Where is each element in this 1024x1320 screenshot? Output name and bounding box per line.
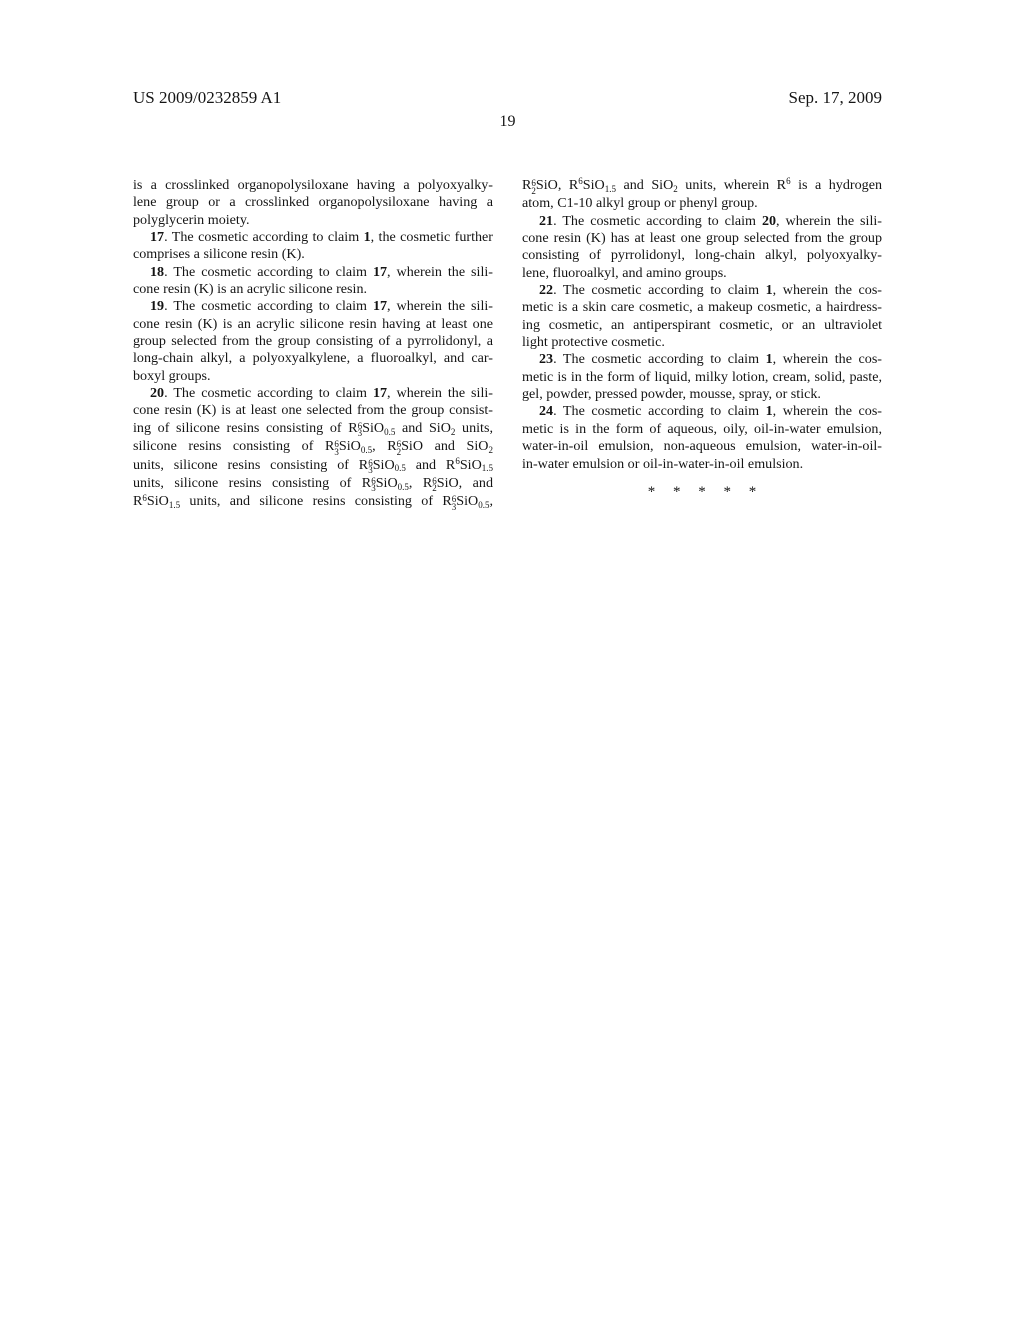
text-line: metic is in the form of aqueous, oily, o… — [522, 421, 882, 438]
text-line: 21. The cosmetic according to claim 20, … — [522, 213, 882, 230]
text-line: lene, fluoroalkyl, and amino groups. — [522, 265, 882, 282]
text-line: boxyl groups. — [133, 368, 493, 385]
text-line: cone resin (K) is at least one selected … — [133, 402, 493, 419]
text-line: metic is a skin care cosmetic, a makeup … — [522, 299, 882, 316]
text-line: 19. The cosmetic according to claim 17, … — [133, 298, 493, 315]
text-line: cone resin (K) is an acrylic silicone re… — [133, 281, 493, 298]
text-line: lene group or a crosslinked organopolysi… — [133, 194, 493, 211]
patent-page: US 2009/0232859 A1 Sep. 17, 2009 19 is a… — [0, 0, 1024, 1320]
text-line: atom, C1-10 alkyl group or phenyl group. — [522, 195, 882, 212]
page-number: 19 — [133, 113, 882, 131]
text-line: 18. The cosmetic according to claim 17, … — [133, 264, 493, 281]
text-line: 24. The cosmetic according to claim 1, w… — [522, 403, 882, 420]
text-line: comprises a silicone resin (K). — [133, 246, 493, 263]
text-line: 22. The cosmetic according to claim 1, w… — [522, 282, 882, 299]
text-line: cone resin (K) is an acrylic silicone re… — [133, 316, 493, 333]
claims-end-separator: * * * * * — [522, 484, 882, 501]
publication-date: Sep. 17, 2009 — [789, 88, 883, 107]
text-line: 17. The cosmetic according to claim 1, t… — [133, 229, 493, 246]
publication-number: US 2009/0232859 A1 — [133, 88, 281, 107]
text-line: long-chain alkyl, a polyoxyalkylene, a f… — [133, 350, 493, 367]
text-line: 23. The cosmetic according to claim 1, w… — [522, 351, 882, 368]
claims-body: is a crosslinked organopolysiloxane havi… — [133, 177, 882, 512]
text-line: gel, powder, pressed powder, mousse, spr… — [522, 386, 882, 403]
text-line: polyglycerin moiety. — [133, 212, 493, 229]
text-line: consisting of pyrrolidonyl, long-chain a… — [522, 247, 882, 264]
text-line: light protective cosmetic. — [522, 334, 882, 351]
column-left: is a crosslinked organopolysiloxane havi… — [133, 177, 493, 512]
text-line: metic is in the form of liquid, milky lo… — [522, 369, 882, 386]
text-line: cone resin (K) has at least one group se… — [522, 230, 882, 247]
column-right: R62SiO, R6SiO1.5 and SiO2 units, wherein… — [522, 177, 882, 512]
page-header: US 2009/0232859 A1 Sep. 17, 2009 — [133, 88, 882, 107]
text-line: R62SiO, R6SiO1.5 and SiO2 units, wherein… — [522, 177, 882, 195]
text-line: is a crosslinked organopolysiloxane havi… — [133, 177, 493, 194]
text-line: R6SiO1.5 units, and silicone resins cons… — [133, 493, 493, 511]
text-line: group selected from the group consisting… — [133, 333, 493, 350]
text-line: ing of silicone resins consisting of R63… — [133, 420, 493, 438]
text-line: units, silicone resins consisting of R63… — [133, 475, 493, 493]
text-line: units, silicone resins consisting of R63… — [133, 457, 493, 475]
text-line: silicone resins consisting of R63SiO0.5,… — [133, 438, 493, 456]
text-line: 20. The cosmetic according to claim 17, … — [133, 385, 493, 402]
text-line: water-in-oil emulsion, non-aqueous emuls… — [522, 438, 882, 455]
text-line: in-water emulsion or oil-in-water-in-oil… — [522, 456, 882, 473]
text-line: ing cosmetic, an antiperspirant cosmetic… — [522, 317, 882, 334]
